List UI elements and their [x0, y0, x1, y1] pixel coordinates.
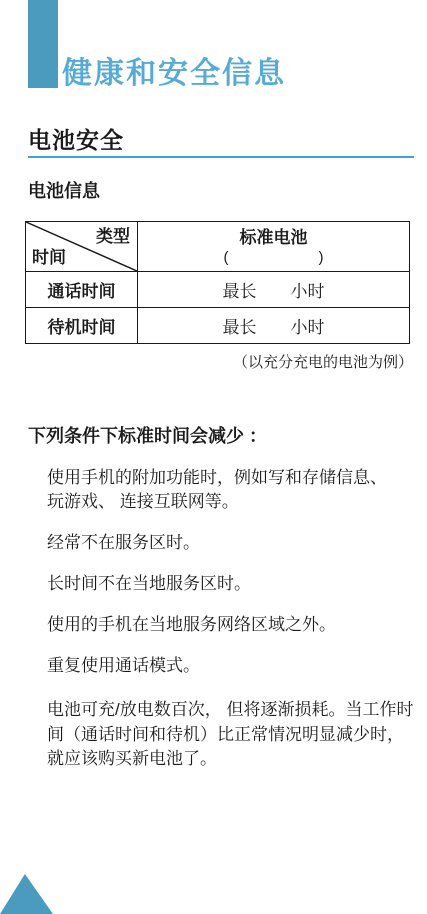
table-row-standby-time: 待机时间 最长 小时 — [26, 308, 410, 344]
talk-time-value: 最长 小时 — [138, 272, 410, 308]
table-corner-cell: 类型 时间 — [26, 222, 138, 272]
standby-time-label: 待机时间 — [26, 308, 138, 344]
accent-bar-decoration — [28, 0, 58, 88]
subsection-title-battery-info: 电池信息 — [28, 180, 100, 202]
manual-page: 健康和安全信息 电池安全 电池信息 类型 时间 标准电池 ( ) 通话时间 — [0, 0, 427, 914]
table-corner-type-label: 类型 — [96, 227, 130, 246]
table-corner-time-label: 时间 — [32, 248, 66, 267]
condition-item: 使用的手机在当地服务网络区域之外。 — [47, 613, 409, 637]
table-row-talk-time: 通话时间 最长 小时 — [26, 272, 410, 308]
table-caption: （以充分充电的电池为例） — [233, 353, 413, 373]
condition-item: 经常不在服务区时。 — [47, 531, 409, 555]
conditions-list: 使用手机的附加功能时，例如写和存储信息、 玩游戏、 连接互联网等。 经常不在服务… — [47, 466, 409, 695]
conditions-heading: 下列条件下标准时间会减少 ： — [28, 425, 267, 447]
page-title: 健康和安全信息 — [62, 58, 286, 90]
corner-triangle-decoration — [0, 874, 53, 914]
standby-time-value: 最长 小时 — [138, 308, 410, 344]
standard-battery-label: 标准电池 — [138, 224, 409, 248]
section-divider — [28, 156, 414, 158]
condition-item: 使用手机的附加功能时，例如写和存储信息、 玩游戏、 连接互联网等。 — [47, 466, 409, 514]
section-title-battery-safety: 电池安全 — [28, 127, 124, 153]
standard-battery-blank-parens: ( ) — [138, 248, 409, 270]
table-header-row: 类型 时间 标准电池 ( ) — [26, 222, 410, 272]
condition-item: 长时间不在当地服务区时。 — [47, 572, 409, 596]
battery-spec-table: 类型 时间 标准电池 ( ) 通话时间 最长 小时 待机时间 最长 小时 — [25, 221, 410, 344]
battery-wear-note: 电池可充/放电数百次， 但将逐渐损耗。当工作时 间（通话时间和待机）比正常情况明… — [47, 698, 415, 772]
table-header-standard-battery: 标准电池 ( ) — [138, 222, 410, 272]
condition-item: 重复使用通话模式。 — [47, 654, 409, 678]
talk-time-label: 通话时间 — [26, 272, 138, 308]
